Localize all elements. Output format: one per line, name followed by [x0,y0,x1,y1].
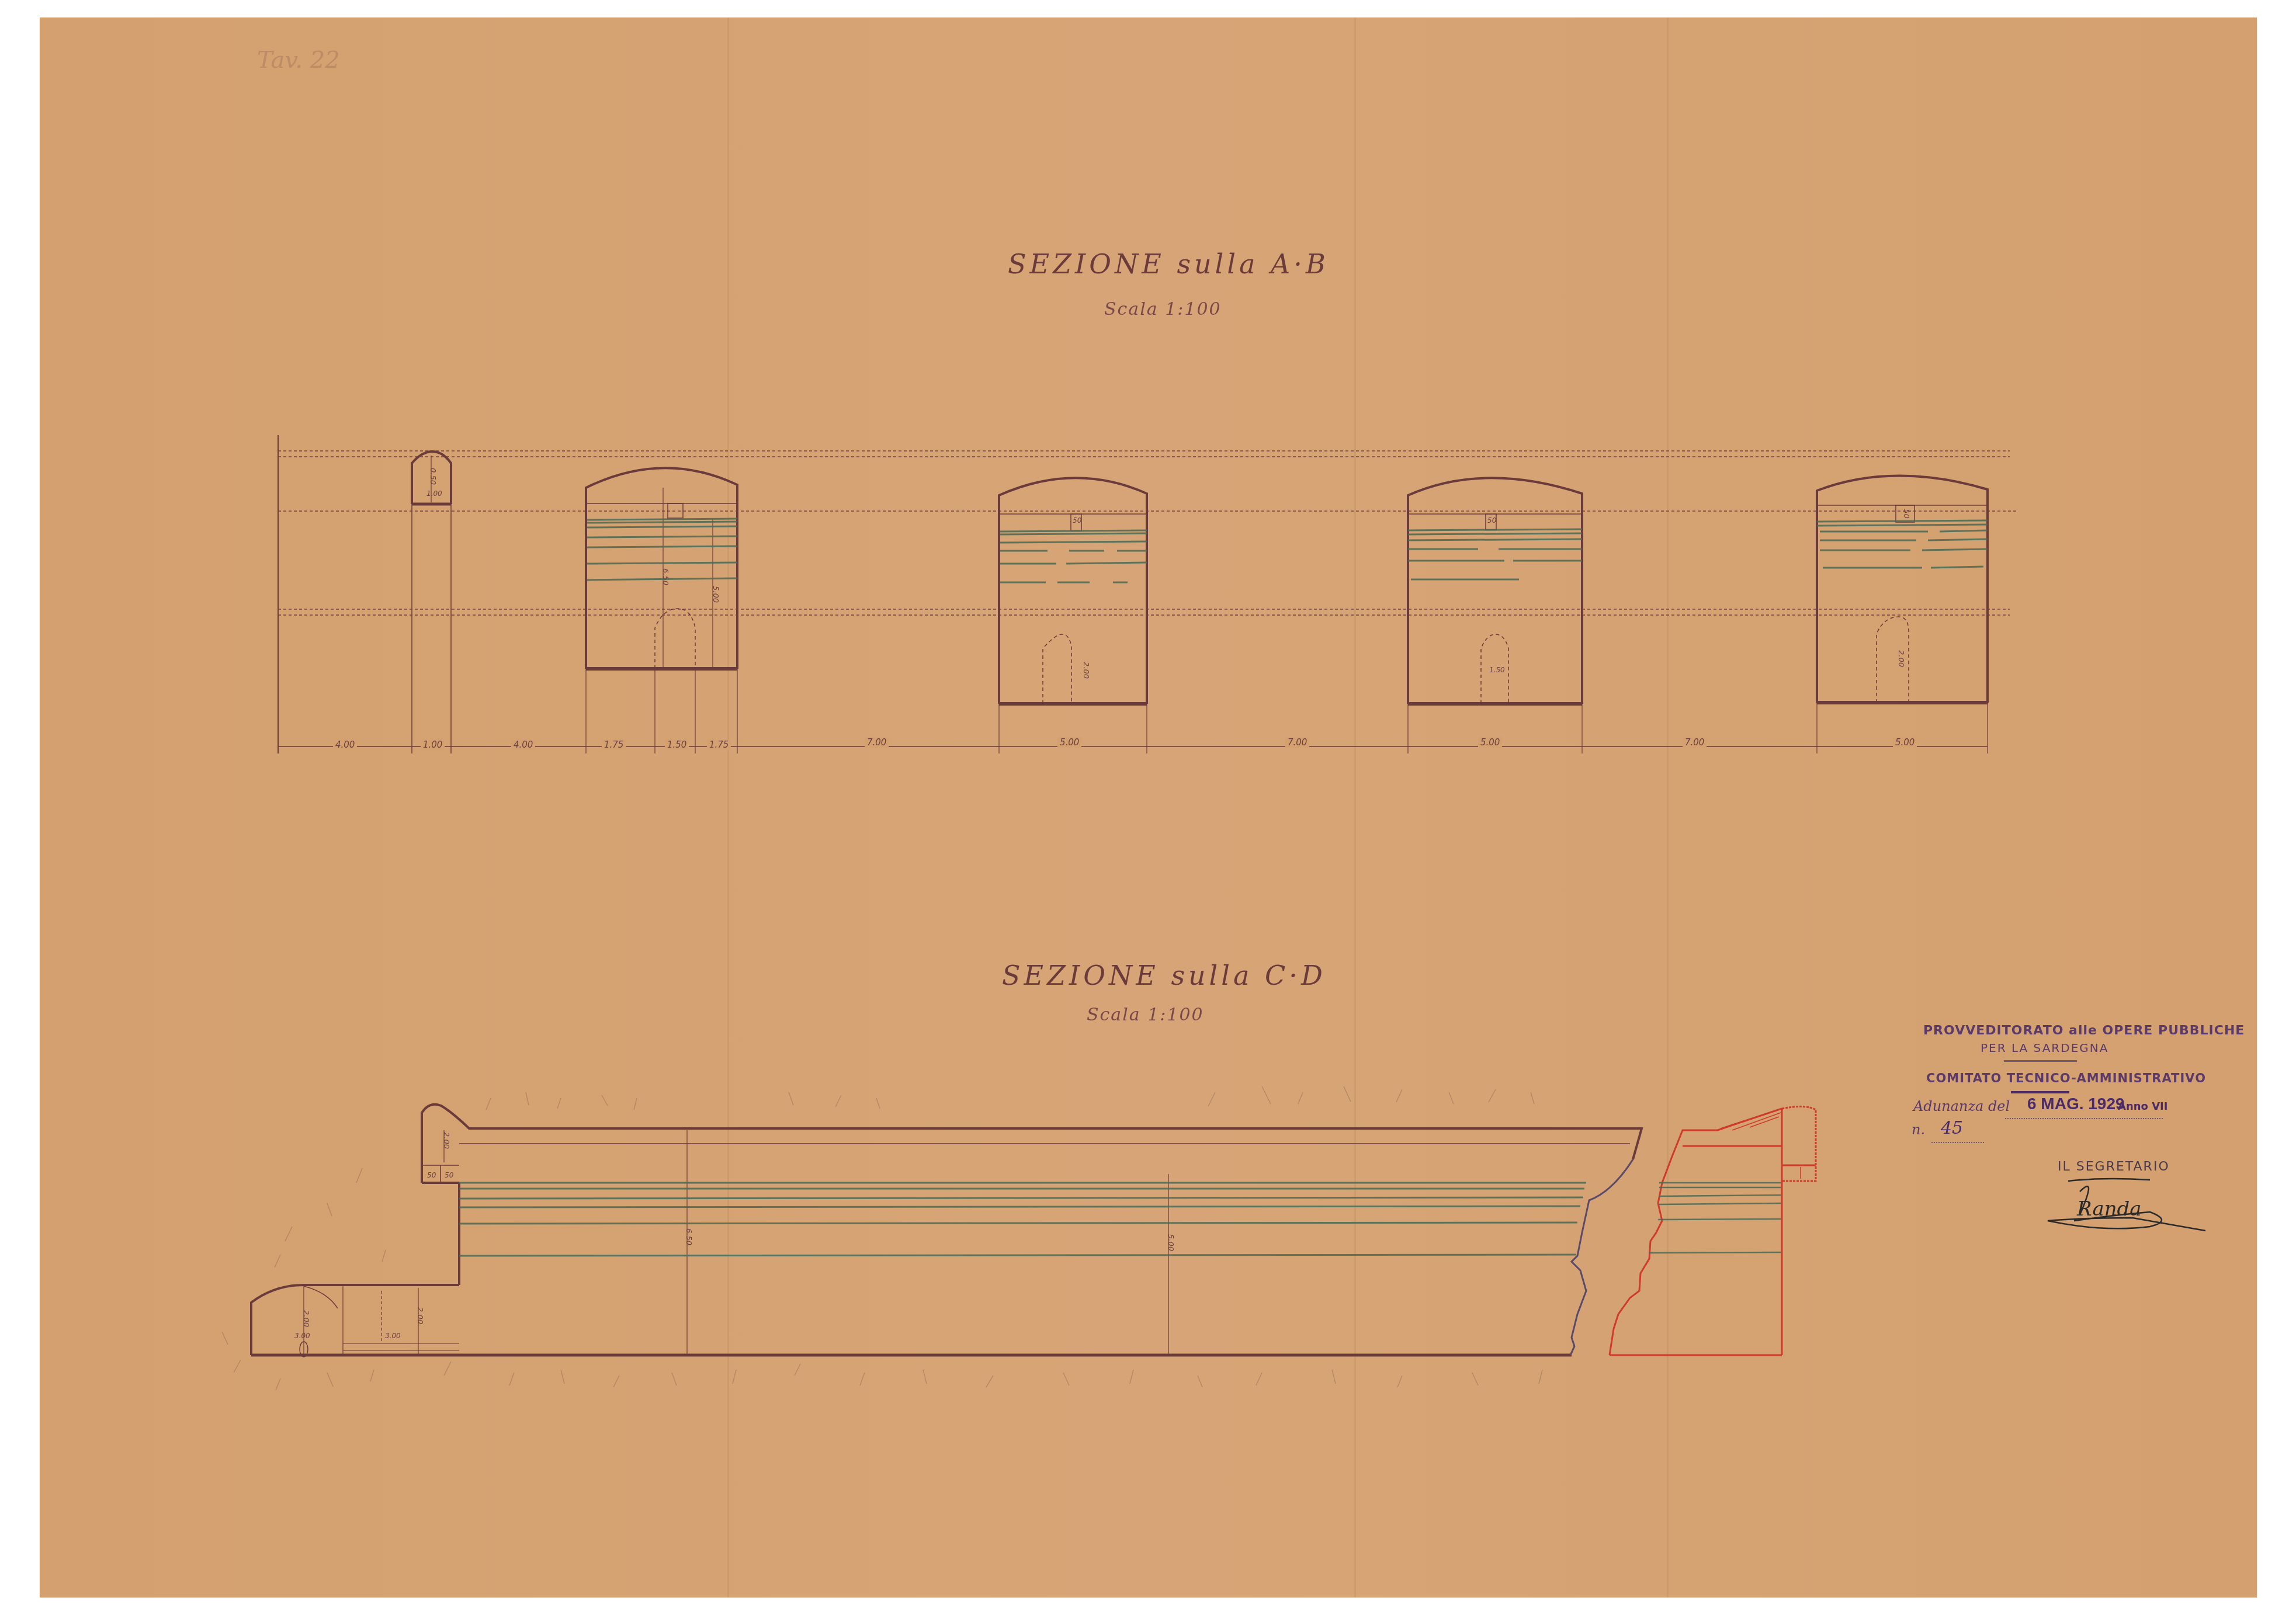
stamp-rule [2011,1091,2069,1093]
bay1-total-height: 6.50 [661,566,670,588]
cd-niche-width: 3.00 [292,1332,313,1340]
stamp-dotted-rule [1931,1142,1984,1143]
dim-label: 7.00 [1683,737,1707,748]
stamp-region: PER LA SARDEGNA [1981,1041,2108,1055]
stamp-secretary: IL SEGRETARIO [2058,1159,2170,1174]
stamp-number-label: n. [1912,1121,1925,1138]
stamp-adunanza-label: Adunanza del [1913,1098,2010,1114]
niche-upper-label: 0.50 [428,466,437,487]
cd-left-box-a: 50 [425,1171,438,1179]
stamp-number: 45 [1941,1118,1963,1138]
dim-label: 7.00 [865,737,889,748]
stamp-anno: Anno VII [2118,1100,2168,1113]
dim-label: 4.00 [511,739,535,750]
cd-inner-height: 2.00 [415,1305,424,1326]
dim-label: 1.75 [602,739,626,750]
bay3-box-label: 50 [1485,516,1499,525]
cd-left-box-b: 50 [442,1171,456,1179]
cd-right-height: 5.00 [1166,1232,1175,1253]
dim-label: 1.50 [665,739,689,750]
bay3-door-label: 1.50 [1487,666,1507,674]
dim-label: 7.00 [1285,737,1309,748]
cd-left-top-height: 2.00 [442,1130,450,1151]
bay2-box-label: 50 [1070,516,1084,525]
cd-inner-width: 3.00 [383,1332,403,1340]
niche-height-label: 1.00 [424,489,445,498]
dim-label: 1.75 [707,739,731,750]
section-cd-scale: Scala 1:100 [1087,1005,1204,1025]
dim-label: 5.00 [1478,737,1502,748]
bay4-door-label: 2.00 [1896,648,1905,669]
cd-niche-height: 2.00 [301,1308,310,1329]
bay2-door-label: 2.00 [1081,659,1090,681]
stamp-office: PROVVEDITORATO alle OPERE PUBBLICHE [1923,1023,2245,1038]
signature: Randa [2077,1197,2142,1221]
dim-label: 5.00 [1057,737,1081,748]
stamp-committee: COMITATO TECNICO-AMMINISTRATIVO [1926,1071,2206,1085]
bay4-box-label: 50 [1902,506,1910,521]
dim-label: 1.00 [421,739,445,750]
stamp-date: 6 MAG. 1929 [2027,1095,2125,1113]
technical-drawing [0,0,2296,1608]
stamp-dotted-rule [2005,1118,2163,1119]
bay1-inner-height: 5.00 [711,584,720,605]
stamp-rule [2004,1060,2077,1062]
section-cd-title: SEZIONE sulla C·D [1002,960,1326,991]
cd-main-height: 6.50 [684,1226,693,1248]
dim-label: 5.00 [1893,737,1917,748]
dim-label: 4.00 [333,739,357,750]
